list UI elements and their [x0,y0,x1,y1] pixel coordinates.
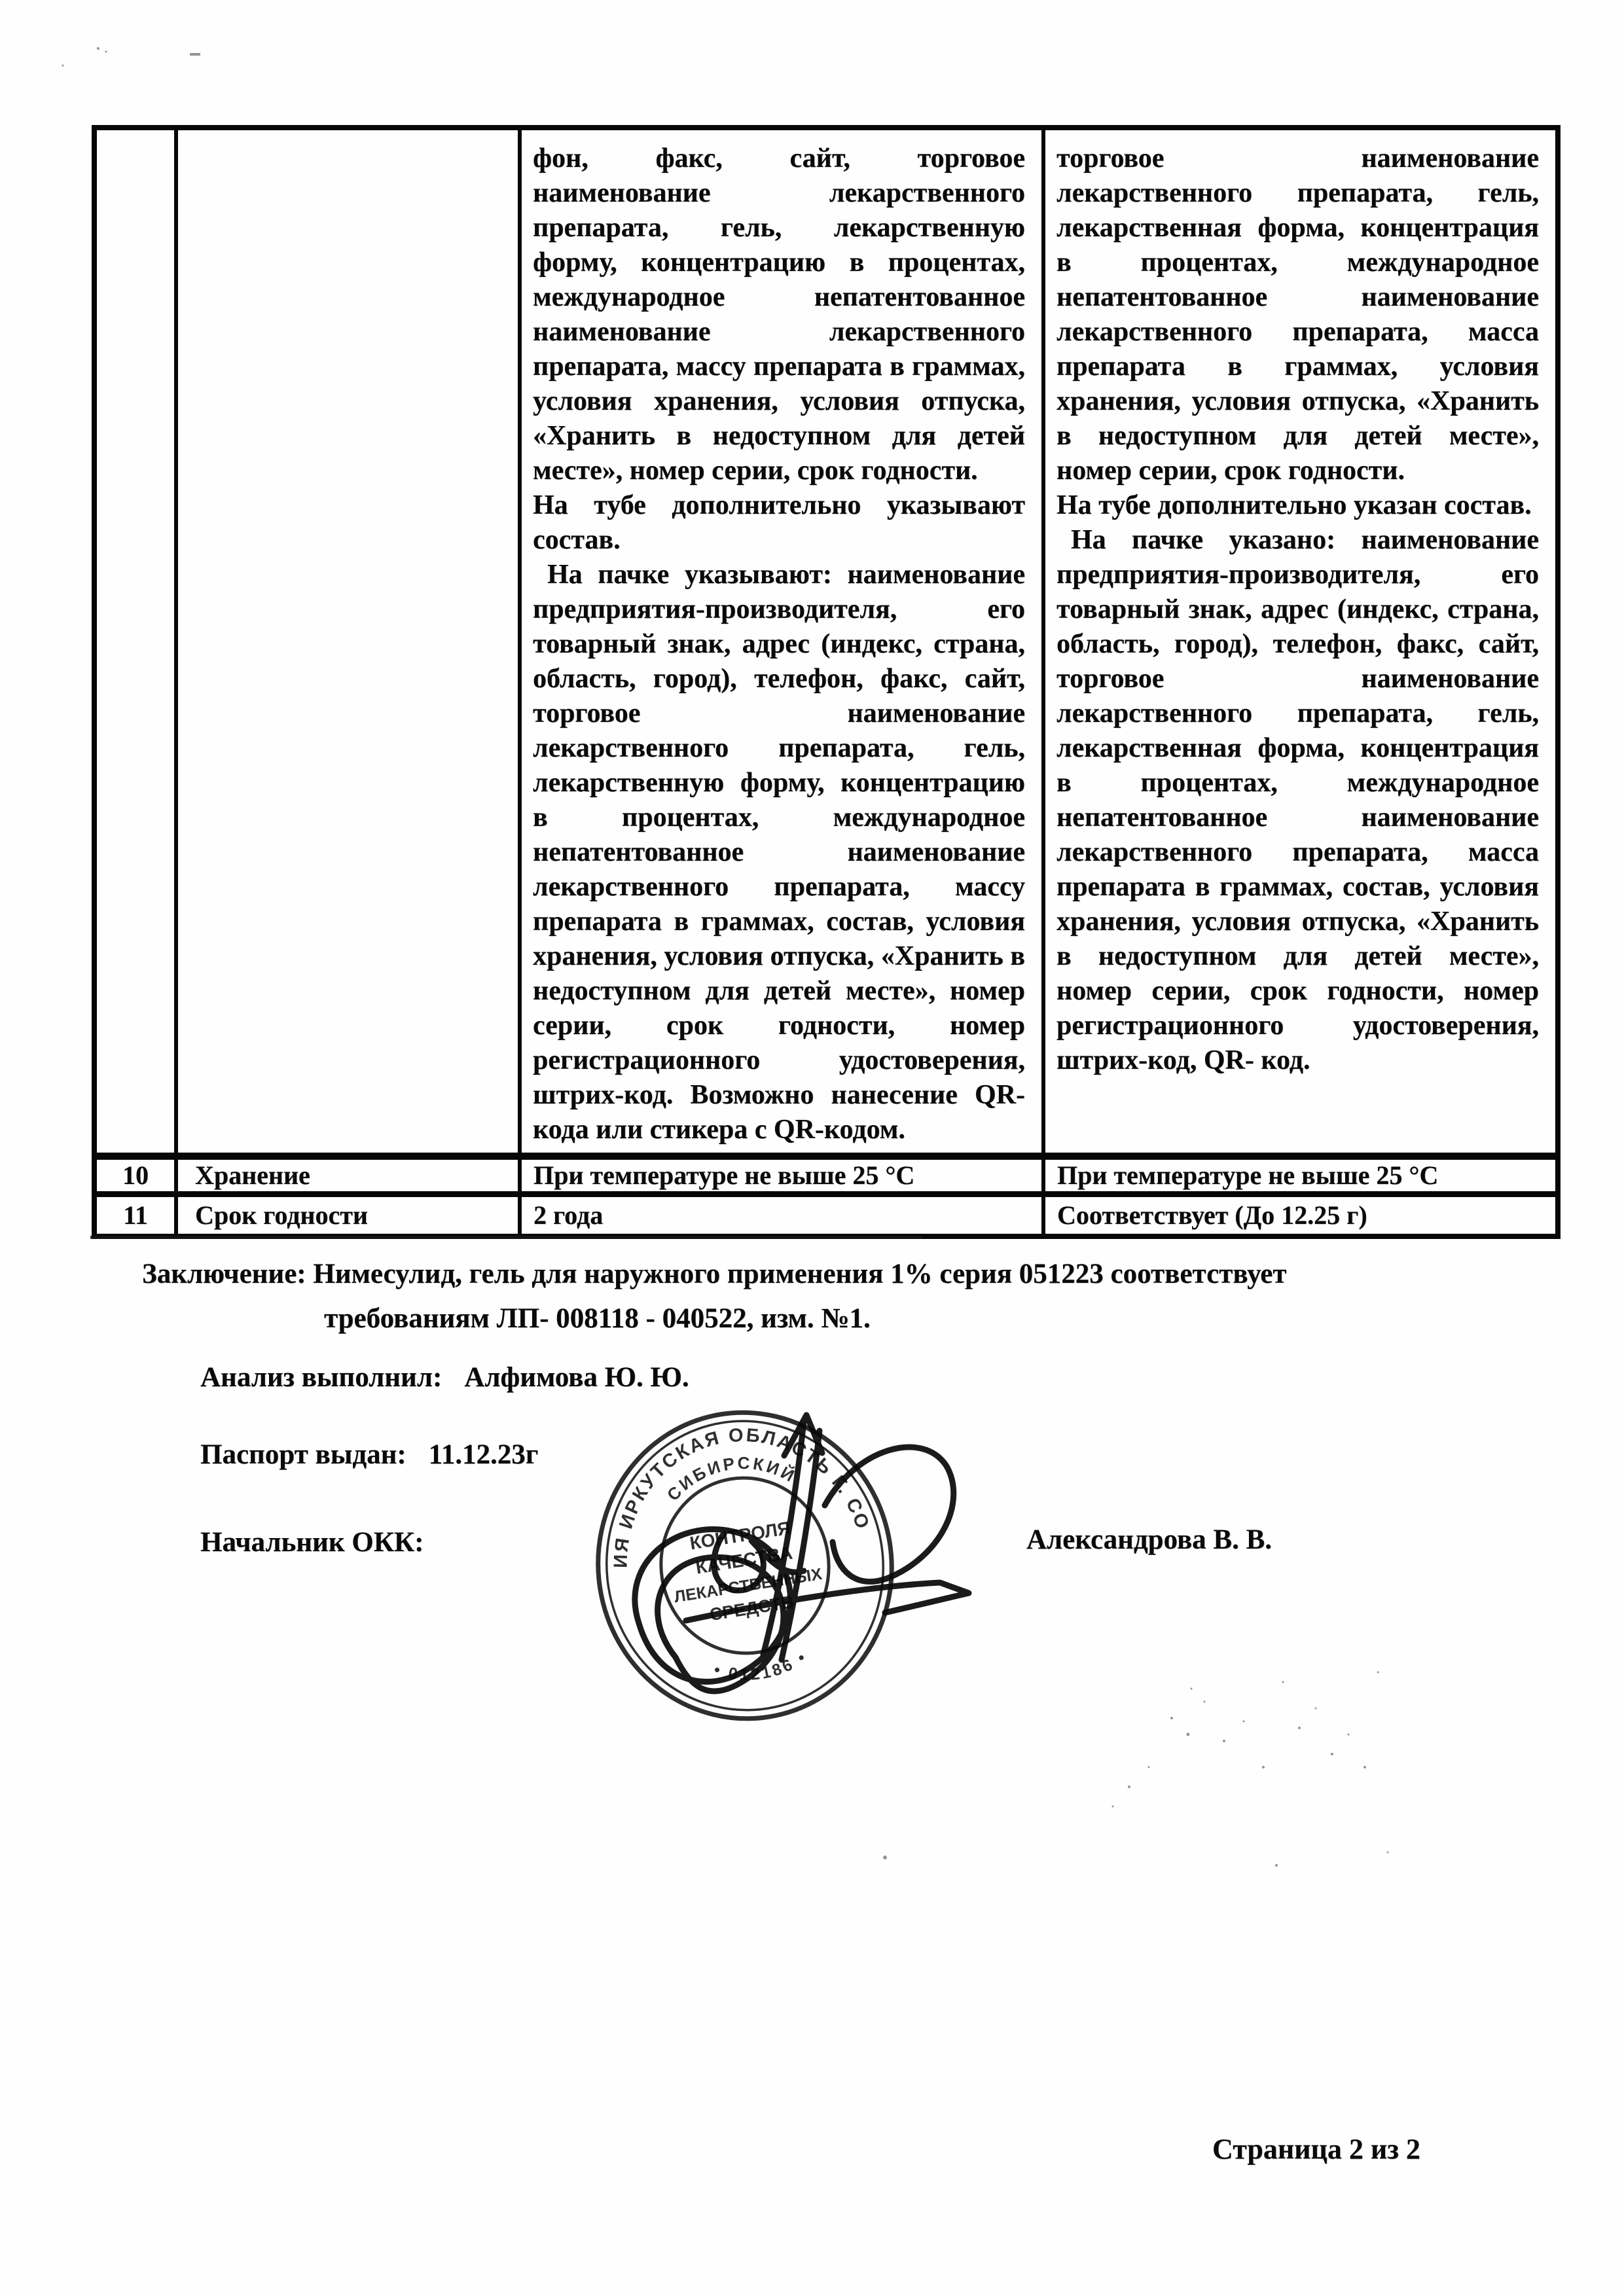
handwritten-signature [576,1393,982,1759]
analysis-performed-label: Анализ выполнил: [200,1362,442,1393]
stamp-rim-text-top: ИЯ ИРКУТСКАЯ ОБЛАСТЬ Г. СО [591,1406,874,1572]
stamp-second-ring [591,1405,899,1727]
stamp-outer-ring [591,1405,899,1727]
requirements-paragraph: На пачке указывают: наименование предпри… [533,558,1025,1147]
qc-head-name: Александрова В. В. [1026,1524,1272,1556]
round-qc-stamp: ИЯ ИРКУТСКАЯ ОБЛАСТЬ Г. СО СИБИРСКИЙ • 0… [591,1405,899,1727]
analysis-performed-value: Алфимова Ю. Ю. [464,1362,689,1393]
table-row: 11 Срок годности 2 года Соответствует (Д… [94,1194,1558,1237]
row-result-value: Соответствует (До 12.25 г) [1043,1194,1558,1237]
requirements-paragraph: На тубе дополнительно указывают состав. [533,488,1025,558]
stamp-rim-text-inner-top: СИБИРСКИЙ [659,1443,803,1506]
stamp-center-line: КАЧЕСТВА [695,1543,794,1578]
stamp-center-line: СРЕДСТВ [708,1592,795,1624]
stamp-center-line: ЛЕКАРСТВЕННЫХ [673,1565,823,1606]
requirements-paragraph: фон, факс, сайт, торговое наименование л… [533,141,1025,488]
table-row-continuation: фон, факс, сайт, торговое наименование л… [94,128,1558,1157]
qc-head-label: Начальник ОКК: [200,1526,424,1558]
results-paragraph: торговое наименование лекарственного пре… [1056,141,1539,488]
spec-table: фон, факс, сайт, торговое наименование л… [92,125,1561,1239]
stamp-graphic: ИЯ ИРКУТСКАЯ ОБЛАСТЬ Г. СО СИБИРСКИЙ • 0… [591,1405,899,1727]
stamp-inner-ring [649,1466,842,1666]
scan-artifact-line [90,1236,922,1239]
row-requirement-value: При температуре не выше 25 °С [520,1157,1043,1194]
row-number: 11 [94,1194,176,1237]
analysis-performed-line: Анализ выполнил:Алфимова Ю. Ю. [200,1361,689,1393]
passport-issued-value: 11.12.23г [429,1439,539,1470]
passport-issued-label: Паспорт выдан: [200,1439,406,1470]
continuation-requirements-cell: фон, факс, сайт, торговое наименование л… [520,128,1043,1157]
page-number-footer: Страница 2 из 2 [1212,2132,1420,2166]
results-paragraph: На тубе дополнительно указан состав. [1056,488,1539,523]
row-parameter-name: Хранение [176,1157,520,1194]
results-paragraph: На пачке указано: наименование предприят… [1056,523,1539,1078]
table-row: 10 Хранение При температуре не выше 25 °… [94,1157,1558,1194]
stamp-rim-text-bottom: • 012186 • [709,1646,813,1691]
continuation-num-cell [94,128,176,1157]
conclusion-line-2: требованиям ЛП- 008118 - 040522, изм. №1… [324,1302,871,1335]
continuation-results-cell: торговое наименование лекарственного пре… [1043,128,1558,1157]
row-requirement-value: 2 года [520,1194,1043,1237]
scanned-quality-passport-page: фон, факс, сайт, торговое наименование л… [0,0,1624,2296]
passport-issued-line: Паспорт выдан:11.12.23г [200,1439,538,1471]
row-result-value: При температуре не выше 25 °С [1043,1157,1558,1194]
conclusion-line-1: Заключение: Нимесулид, гель для наружног… [142,1258,1286,1290]
stamp-center-line: КОНТРОЛЯ [689,1518,792,1554]
row-number: 10 [94,1157,176,1194]
row-parameter-name: Срок годности [176,1194,520,1237]
continuation-name-cell [176,128,520,1157]
